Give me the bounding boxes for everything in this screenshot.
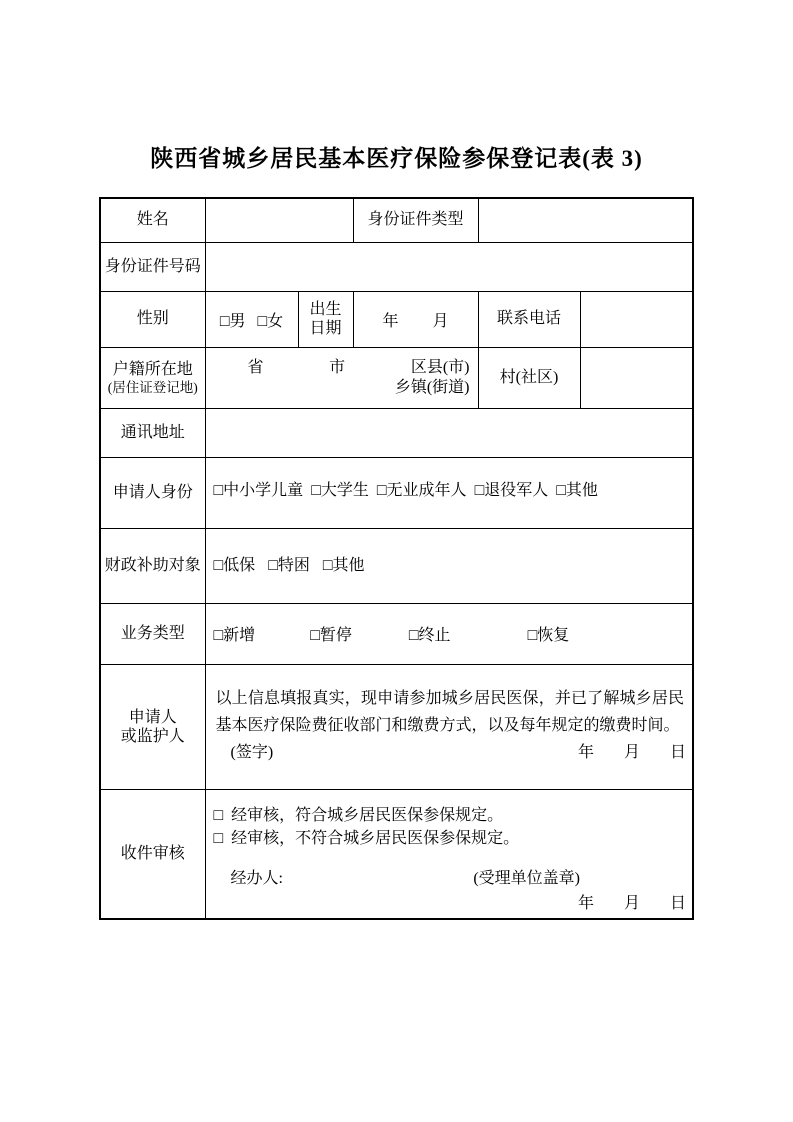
checkbox-icon[interactable]: □ [311, 482, 321, 500]
identity-option-label: 大学生 [321, 482, 369, 499]
checkbox-icon[interactable]: □ [214, 557, 224, 575]
subsidy-option-other[interactable]: □其他 [323, 552, 365, 575]
business-option-resume[interactable]: □恢复 [528, 622, 570, 645]
name-input-cell[interactable] [205, 198, 353, 242]
checkbox-icon[interactable]: □ [214, 482, 224, 500]
checkbox-icon[interactable]: □ [258, 313, 268, 331]
applicant-sign-label-line1: 申请人 [129, 709, 177, 726]
business-option-suspend[interactable]: □暂停 [310, 622, 352, 645]
village-label: 村(社区) [478, 347, 580, 408]
identity-option-label: 无业成年人 [387, 482, 467, 499]
row-mail-address: 通讯地址 [100, 408, 693, 457]
residence-label-line2: (居住证登记地) [101, 379, 205, 396]
birth-year-unit: 年 [382, 308, 398, 331]
checkbox-icon[interactable]: □ [310, 627, 320, 645]
signature-label[interactable]: (签字) [231, 739, 274, 762]
checkbox-icon[interactable]: □ [377, 482, 387, 500]
business-option-label: 恢复 [537, 627, 569, 644]
gender-options-cell: □男 □女 [205, 291, 298, 347]
row-subsidy-target: 财政补助对象 □低保 □特困 □其他 [100, 528, 693, 603]
gender-option-female[interactable]: □女 [258, 308, 284, 331]
business-type-options-cell: □新增 □暂停 □终止 □恢复 [205, 603, 693, 664]
id-type-input-cell[interactable] [478, 198, 693, 242]
applicant-identity-options-cell: □中小学儿童 □大学生 □无业成年人 □退役军人 □其他 [205, 457, 693, 528]
declaration-statement: 以上信息填报真实，现申请参加城乡居民医保，并已了解城乡居民基本医疗保险费征收部门… [206, 675, 693, 739]
checkbox-icon[interactable]: □ [556, 482, 566, 500]
row-residence: 户籍所在地 (居住证登记地) 省 市 区县(市) 乡镇(街道) 村(社区) [100, 347, 693, 408]
checkbox-icon[interactable]: □ [409, 627, 419, 645]
row-name-idtype: 姓名 身份证件类型 [100, 198, 693, 242]
village-input-cell[interactable] [580, 347, 693, 408]
residence-label-line1: 户籍所在地 [113, 361, 193, 378]
checkbox-icon[interactable]: □ [214, 627, 224, 645]
residence-input-cell[interactable]: 省 市 区县(市) 乡镇(街道) [205, 347, 478, 408]
identity-option-label: 其他 [566, 482, 598, 499]
date-day-unit: 日 [670, 890, 686, 913]
id-type-label: 身份证件类型 [353, 198, 478, 242]
date-month-unit: 月 [624, 739, 640, 762]
birth-date-label-line1: 出生 [309, 301, 341, 318]
subsidy-target-options-cell: □低保 □特困 □其他 [205, 528, 693, 603]
form-title: 陕西省城乡居民基本医疗保险参保登记表(表 3) [0, 140, 793, 173]
registration-form-table: 姓名 身份证件类型 身份证件号码 性别 □男 □女 出生 日期 [99, 197, 694, 920]
checkbox-icon[interactable]: □ [214, 827, 224, 850]
birth-date-input-cell[interactable]: 年 月 [353, 291, 478, 347]
receipt-review-label: 收件审核 [100, 789, 205, 919]
birth-date-label: 出生 日期 [298, 291, 353, 347]
gender-female-label: 女 [267, 313, 283, 330]
applicant-date-fields[interactable]: 年 月 日 [578, 739, 692, 762]
identity-option-veteran[interactable]: □退役军人 [475, 477, 549, 500]
row-receipt-review: 收件审核 □经审核，符合城乡居民医保参保规定。 □经审核，不符合城乡居民医保参保… [100, 789, 693, 919]
checkbox-icon[interactable]: □ [528, 627, 538, 645]
birth-month-unit: 月 [433, 308, 449, 331]
identity-option-label: 退役军人 [484, 482, 548, 499]
review-option-reject[interactable]: □经审核，不符合城乡居民医保参保规定。 [206, 827, 693, 850]
business-option-terminate[interactable]: □终止 [409, 622, 451, 645]
date-month-unit: 月 [624, 890, 640, 913]
subsidy-option-low-income[interactable]: □低保 [214, 552, 256, 575]
checkbox-icon[interactable]: □ [214, 804, 224, 827]
subsidy-option-label: 其他 [333, 557, 365, 574]
review-option-approve[interactable]: □经审核，符合城乡居民医保参保规定。 [206, 804, 693, 827]
applicant-sign-label-line2: 或监护人 [121, 728, 185, 745]
handler-label[interactable]: 经办人: [231, 865, 283, 888]
review-reject-label: 经审核，不符合城乡居民医保参保规定。 [231, 830, 519, 847]
birth-date-label-line2: 日期 [309, 320, 341, 337]
date-day-unit: 日 [670, 739, 686, 762]
gender-label: 性别 [100, 291, 205, 347]
name-label: 姓名 [100, 198, 205, 242]
row-applicant-identity: 申请人身份 □中小学儿童 □大学生 □无业成年人 □退役军人 □其他 [100, 457, 693, 528]
seal-label: (受理单位盖章) [473, 865, 580, 888]
row-business-type: 业务类型 □新增 □暂停 □终止 □恢复 [100, 603, 693, 664]
row-id-number: 身份证件号码 [100, 242, 693, 291]
row-gender-birth-phone: 性别 □男 □女 出生 日期 年 月 联系电话 [100, 291, 693, 347]
gender-male-label: 男 [229, 313, 245, 330]
form-page: 陕西省城乡居民基本医疗保险参保登记表(表 3) 姓名 身份证件类型 身份证件号码… [0, 0, 793, 1122]
review-date-fields[interactable]: 年 月 日 [206, 890, 693, 913]
checkbox-icon[interactable]: □ [475, 482, 485, 500]
business-type-label: 业务类型 [100, 603, 205, 664]
mail-address-label: 通讯地址 [100, 408, 205, 457]
identity-option-unemployed-adult[interactable]: □无业成年人 [377, 477, 467, 500]
town-unit: 乡镇(街道) [395, 379, 470, 396]
residence-label: 户籍所在地 (居住证登记地) [100, 347, 205, 408]
id-number-input-cell[interactable] [205, 242, 693, 291]
row-applicant-declaration: 申请人 或监护人 以上信息填报真实，现申请参加城乡居民医保，并已了解城乡居民基本… [100, 664, 693, 789]
checkbox-icon[interactable]: □ [268, 557, 278, 575]
applicant-sign-label: 申请人 或监护人 [100, 664, 205, 789]
business-option-label: 暂停 [320, 627, 352, 644]
id-number-label: 身份证件号码 [100, 242, 205, 291]
city-unit: 市 [329, 358, 345, 378]
gender-option-male[interactable]: □男 [220, 308, 246, 331]
identity-option-school-children[interactable]: □中小学儿童 [214, 477, 304, 500]
subsidy-option-extreme-poverty[interactable]: □特困 [268, 552, 310, 575]
business-option-new[interactable]: □新增 [214, 622, 256, 645]
district-unit: 区县(市) [411, 358, 470, 378]
date-year-unit: 年 [578, 890, 594, 913]
phone-input-cell[interactable] [580, 291, 693, 347]
subsidy-option-label: 特困 [278, 557, 310, 574]
receipt-review-cell: □经审核，符合城乡居民医保参保规定。 □经审核，不符合城乡居民医保参保规定。 经… [205, 789, 693, 919]
identity-option-college-student[interactable]: □大学生 [311, 477, 369, 500]
applicant-identity-label: 申请人身份 [100, 457, 205, 528]
mail-address-input-cell[interactable] [205, 408, 693, 457]
business-option-label: 终止 [419, 627, 451, 644]
subsidy-target-label: 财政补助对象 [100, 528, 205, 603]
business-option-label: 新增 [223, 627, 255, 644]
phone-label: 联系电话 [478, 291, 580, 347]
identity-option-label: 中小学儿童 [223, 482, 303, 499]
applicant-declaration-cell: 以上信息填报真实，现申请参加城乡居民医保，并已了解城乡居民基本医疗保险费征收部门… [205, 664, 693, 789]
province-unit: 省 [248, 358, 264, 378]
review-approve-label: 经审核，符合城乡居民医保参保规定。 [231, 807, 503, 824]
identity-option-other[interactable]: □其他 [556, 477, 598, 500]
date-year-unit: 年 [578, 739, 594, 762]
checkbox-icon[interactable]: □ [323, 557, 333, 575]
subsidy-option-label: 低保 [223, 557, 255, 574]
